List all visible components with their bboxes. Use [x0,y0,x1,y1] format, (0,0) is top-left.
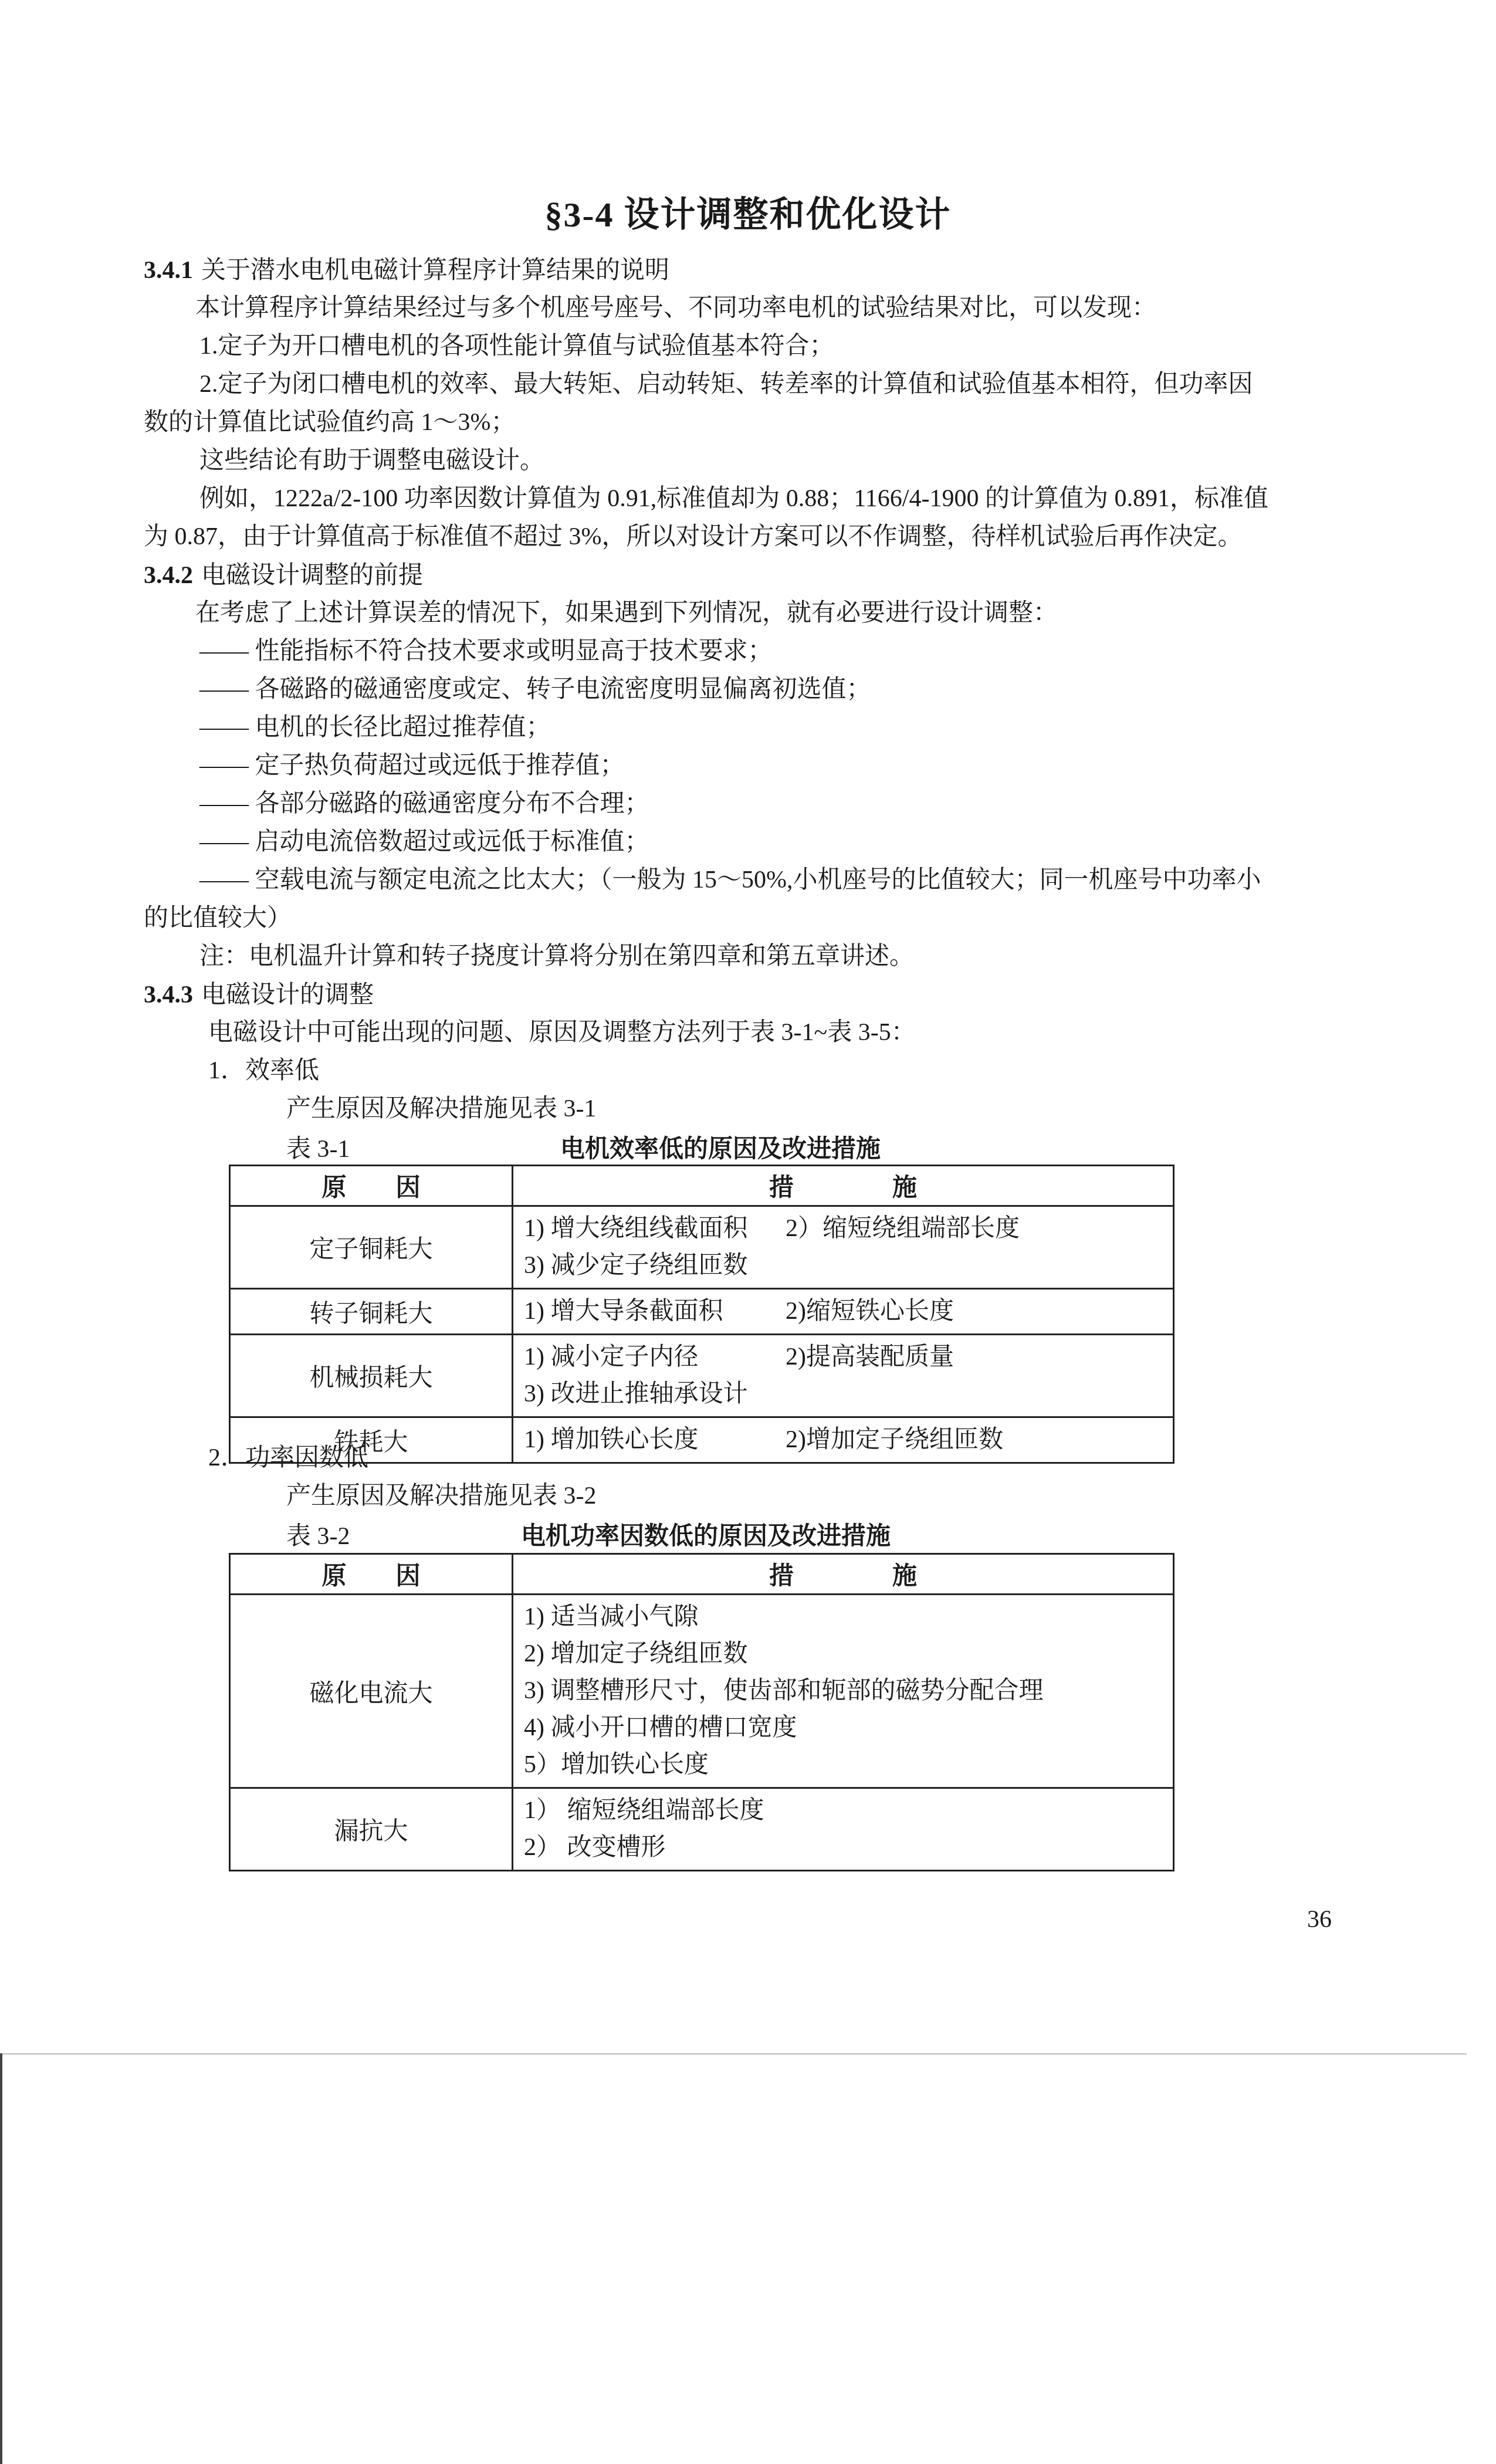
table-row: 转子铜耗大 1) 增大导条截面积2)缩短铁心长度 [230,1289,1174,1335]
measure: 2) 增加定子绕组匝数 [524,1636,1173,1673]
table-row: 机械损耗大 1) 减小定子内径2)提高装配质量 3) 改进止推轴承设计 [230,1335,1174,1417]
heading-number: 3.4.3 [144,981,193,1008]
measure: 3) 减少定子绕组匝数 [524,1247,748,1284]
paragraph: 本计算程序计算结果经过与多个机座号座号、不同功率电机的试验结果对比，可以发现： [195,290,1156,326]
measure: 1) 适当减小气隙 [524,1599,1173,1636]
heading-3-4-2: 3.4.2电磁设计调整的前提 [144,557,423,593]
document-page: §3-4 设计调整和优化设计 3.4.1关于潜水电机电磁计算程序计算结果的说明 … [0,0,1496,2053]
column-header-reason: 原 因 [230,1554,513,1595]
table-3-1: 原 因 措 施 定子铜耗大 1) 增大绕组线截面积2）缩短绕组端部长度 3) 减… [229,1165,1175,1464]
heading-3-4-3: 3.4.3电磁设计的调整 [144,977,374,1013]
paragraph: 1.定子为开口槽电机的各项性能计算值与试验值基本符合； [199,329,834,364]
heading-text: 电磁设计的调整 [201,980,374,1008]
table-row: 磁化电流大 1) 适当减小气隙 2) 增加定子绕组匝数 3) 调整槽形尺寸，使齿… [230,1595,1174,1788]
heading-text: 关于潜水电机电磁计算程序计算结果的说明 [201,255,669,284]
measures-cell: 1) 适当减小气隙 2) 增加定子绕组匝数 3) 调整槽形尺寸，使齿部和轭部的磁… [513,1595,1174,1788]
list-item: —— 启动电流倍数超过或远低于标准值； [199,824,649,859]
column-header-reason: 原 因 [230,1166,513,1206]
measure: 1) 减小定子内径 [524,1339,786,1376]
column-header-measures: 措 施 [513,1166,1174,1206]
measure: 2） 改变槽形 [524,1829,1173,1866]
reason-cell: 漏抗大 [230,1788,513,1871]
paragraph: 产生原因及解决措施见表 3-2 [286,1478,597,1514]
heading-3-4-1: 3.4.1关于潜水电机电磁计算程序计算结果的说明 [144,252,669,288]
measure: 2)增加定子绕组匝数 [786,1421,1003,1458]
scan-edge-shadow [0,2053,2,2464]
heading-number: 3.4.2 [144,562,193,589]
subsection-heading: 2．功率因数低 [208,1440,368,1475]
paragraph: 这些结论有助于调整电磁设计。 [199,443,544,478]
table-header-row: 原 因 措 施 [230,1554,1174,1595]
list-item: —— 各磁路的磁通密度或定、转子电流密度明显偏离初选值； [199,672,871,707]
paragraph: 数的计算值比试验值约高 1～3%； [144,405,516,440]
measure: 1） 缩短绕组端部长度 [524,1792,1173,1829]
measures-cell: 1) 增大导条截面积2)缩短铁心长度 [513,1289,1174,1335]
heading-text: 电磁设计调整的前提 [201,560,423,589]
page-edge-divider [0,2053,1467,2055]
column-header-measures: 措 施 [513,1554,1174,1595]
table-row: 漏抗大 1） 缩短绕组端部长度 2） 改变槽形 [230,1788,1174,1871]
section-title: §3-4 设计调整和优化设计 [0,187,1496,237]
heading-number: 3.4.1 [144,257,193,284]
reason-cell: 机械损耗大 [230,1335,513,1417]
measure: 2）缩短绕组端部长度 [786,1210,1020,1247]
paragraph: 为 0.87，由于计算值高于标准值不超过 3%，所以对设计方案可以不作调整，待样… [144,519,1243,554]
paragraph: 2.定子为闭口槽电机的效率、最大转矩、启动转矩、转差率的计算值和试验值基本相符，… [199,367,1253,402]
reason-cell: 转子铜耗大 [230,1289,513,1335]
measure: 1) 增大导条截面积 [524,1293,786,1330]
note: 注：电机温升计算和转子挠度计算将分别在第四章和第五章讲述。 [199,939,914,974]
reason-cell: 磁化电流大 [230,1595,513,1788]
measure: 2)提高装配质量 [786,1339,954,1376]
measure: 2)缩短铁心长度 [786,1293,954,1330]
table-header-row: 原 因 措 施 [230,1166,1174,1206]
table-row: 定子铜耗大 1) 增大绕组线截面积2）缩短绕组端部长度 3) 减少定子绕组匝数 [230,1206,1174,1289]
table-label: 表 3-1 [286,1129,350,1165]
measure: 1) 增大绕组线截面积 [524,1210,786,1247]
list-item: —— 定子热负荷超过或远低于推荐值； [199,748,625,783]
measures-cell: 1) 增加铁心长度2)增加定子绕组匝数 [513,1417,1174,1463]
measure: 3) 改进止推轴承设计 [524,1376,748,1413]
list-item-continuation: 的比值较大） [144,901,292,936]
reason-cell: 定子铜耗大 [230,1206,513,1289]
measures-cell: 1） 缩短绕组端部长度 2） 改变槽形 [513,1788,1174,1871]
subsection-heading: 1．效率低 [208,1053,319,1088]
paragraph: 电磁设计中可能出现的问题、原因及调整方法列于表 3-1~表 3-5： [208,1015,916,1050]
measure: 1) 增加铁心长度 [524,1421,786,1458]
measure: 4) 减小开口槽的槽口宽度 [524,1710,1173,1747]
paragraph: 例如，1222a/2-100 功率因数计算值为 0.91,标准值却为 0.88；… [199,481,1268,516]
list-item: —— 电机的长径比超过推荐值； [199,710,551,745]
measures-cell: 1) 减小定子内径2)提高装配质量 3) 改进止推轴承设计 [513,1335,1174,1417]
measures-cell: 1) 增大绕组线截面积2）缩短绕组端部长度 3) 减少定子绕组匝数 [513,1206,1174,1289]
page-number: 36 [1307,1905,1332,1934]
list-item: —— 空载电流与额定电流之比太大；（一般为 15～50%,小机座号的比值较大；同… [199,862,1261,898]
table-row: 铁耗大 1) 增加铁心长度2)增加定子绕组匝数 [230,1417,1174,1463]
measure: 3) 调整槽形尺寸，使齿部和轭部的磁势分配合理 [524,1673,1173,1710]
table-label: 表 3-2 [286,1517,350,1552]
measure: 5）增加铁心长度 [524,1747,1173,1783]
paragraph: 在考虑了上述计算误差的情况下，如果遇到下列情况，就有必要进行设计调整： [195,595,1058,631]
table-3-2: 原 因 措 施 磁化电流大 1) 适当减小气隙 2) 增加定子绕组匝数 3) 调… [229,1553,1175,1871]
list-item: —— 各部分磁路的磁通密度分布不合理； [199,786,649,821]
list-item: —— 性能指标不符合技术要求或明显高于技术要求； [199,634,773,669]
paragraph: 产生原因及解决措施见表 3-1 [286,1091,597,1126]
table-caption: 电机功率因数低的原因及改进措施 [521,1517,891,1552]
table-caption: 电机效率低的原因及改进措施 [560,1129,881,1165]
